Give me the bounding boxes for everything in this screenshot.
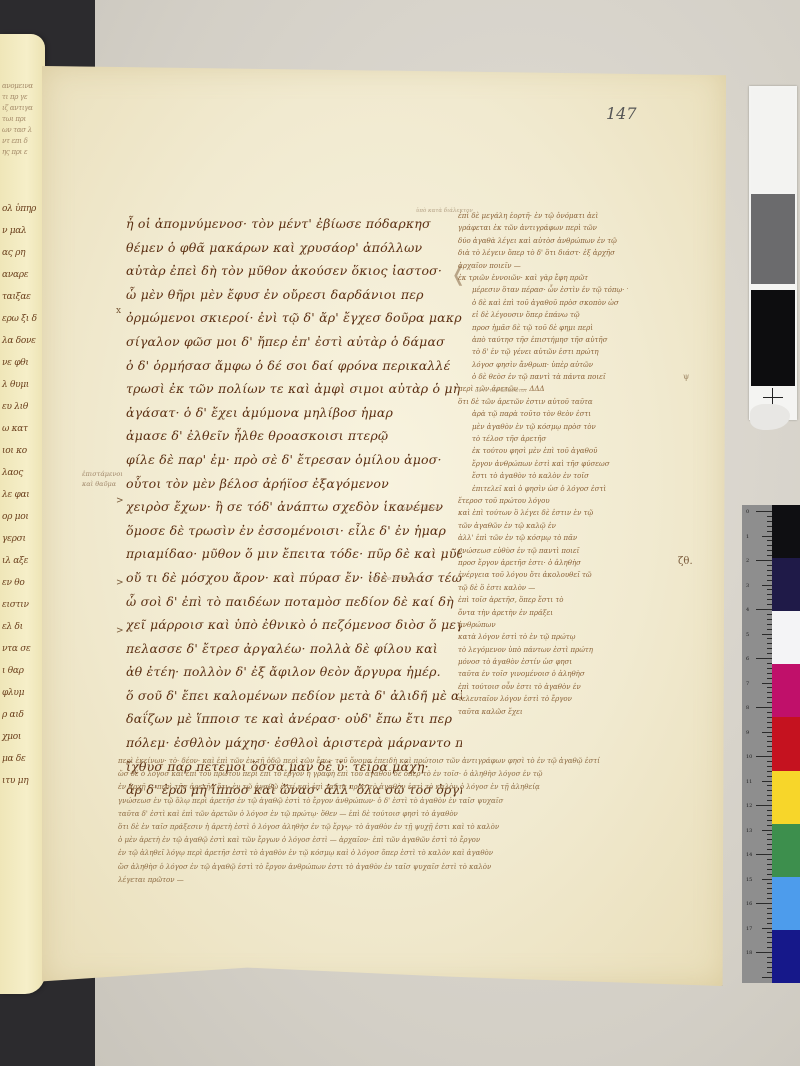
swatch-black [772,505,800,559]
previous-page-line: ιτυ μη [2,776,28,786]
previous-page-line: φλυμ [2,688,24,698]
ruler-tick [756,707,772,708]
main-text-line: ὅ σοῦ δ' ἔπει καλομένων πεδίον μετὰ δ' ἀ… [126,684,462,708]
previous-page-line: ας ρη [2,248,25,258]
main-text-line: θέμεν ὁ φθᾶ μακάρων καὶ χρυσάορ' ἀπόλλων [126,236,462,260]
color-swatch-strip [772,505,800,983]
right-margin-siglum: ψ [683,372,689,381]
scholia-bottom-line: ταῦτα δ' ἐστὶ καὶ ἐπὶ τῶν ἀρετῶν ὁ λόγοσ… [118,808,658,821]
ruler-label: 14 [746,852,752,858]
scholia-bottom-line: γνώσεωσ ἐν τῷ ὅλῳ περὶ ἀρετῆσ ἐν τῷ ἀγαθ… [118,795,658,808]
ruler-label: 17 [746,926,752,932]
previous-page-line: ιζ αντιγα [2,104,33,112]
previous-page-line: ω κατ [2,424,28,434]
scholia-line: ἐπὶ τοῖσ ἀρετῆσ, ὅπερ ἔστι τὸ [458,594,628,606]
previous-page-line: ντα σε [2,644,31,654]
scholia-line: ἀπὸ ταύτησ τῆσ ἐπιστήμησ τῆσ αὐτῆσ [458,334,628,346]
previous-page-edge: ανομεινατι πρ γειζ αντιγατωι πριων τασ λ… [0,34,45,994]
swatch-dark-blue [772,930,800,984]
scholia-bottom-line: περὶ ἐκείνων· τὸ· δέον· καὶ ἐπὶ τῶν ἐν τ… [118,755,658,768]
ruler-label: 10 [746,754,752,760]
main-text-line: ὧ σοὶ δ' ἐπὶ τὸ παιδέων ποταμὸσ πεδίον δ… [126,590,462,614]
gray-scale-target [749,86,797,420]
previous-page-line: ολ ὑπηρ [2,204,36,214]
scholia-line: ἐκ τριῶν ἐννοιῶν· καὶ γὰρ ἔφη πρῶτ [458,272,628,284]
scholia-line: ἔργον ἀνθρώπων ἐστὶ καὶ τῆσ φύσεωσ [458,458,628,470]
scholia-line: προσ ἔργον ἀρετῆσ ἐστι· ὁ ἀληθὴσ [458,557,628,569]
right-margin-siglum: ζθ. [678,556,693,567]
ruler-label: 13 [746,828,752,834]
ruler-tick [756,511,772,512]
previous-page-line: ελ δι [2,622,23,632]
ruler-label: 12 [746,803,752,809]
ruler-label: 11 [746,779,752,785]
interlinear-gloss: προσ τὸ ἔθνοσ [400,506,440,512]
scholia-bottom-line: ὁ μὲν ἀρετὴ ἐν τῷ ἀγαθῷ ἐστὶ καὶ τῶν ἔργ… [118,834,658,847]
ruler-tick [762,732,772,733]
previous-page-line: χμοι [2,732,21,742]
swatch-light-blue [772,877,800,931]
previous-page-line: ν μαλ [2,226,26,236]
left-margin-note-2: καὶ θαῦμα [82,480,116,488]
main-text-line: ἀγάσατ· ὁ δ' ἔχει ἀμύμονα μηλίβοσ ἡμαρ [126,401,462,425]
ruler-label: 0 [746,509,749,515]
ruler-label: 3 [746,583,749,589]
ruler-tick [762,781,772,782]
scholia-line: ἐπὶ δὲ μεγάλη ἑορτῆ· ἐν τῷ ὀνόματι ἀεὶ [458,210,628,222]
scholia-line: ὁ δὲ καὶ ἐπὶ τοῦ ἀγαθοῦ πρὸσ σκοπὸν ὡσ [458,297,628,309]
previous-page-line: ρ αιδ [2,710,24,720]
ruler-tick [762,585,772,586]
scholia-bottom-line: ὅτι δὲ ἐν ταῖσ πράξεσιν ἡ ἀρετὴ ἐστὶ ὁ λ… [118,821,658,834]
ruler-label: 9 [746,730,749,736]
folio-number: 147 [606,104,637,123]
ruler-tick [756,903,772,904]
ruler-tick [756,952,772,953]
scholia-line: δύο ἀγαθὰ λέγει καὶ αὐτὸσ ἀνθρώπων ἐν τῷ [458,235,628,247]
ruler-tick [762,830,772,831]
ruler-label: 15 [746,877,752,883]
scholia-line: διὰ τὸ λέγειν ὅπερ τὸ δ' ὅτι διάστ· ἐξ ἀ… [458,247,628,259]
main-text-line: ὀρμώμενοι σκιεροί· ἐνὶ τῷ δ' ἄρ' ἔγχεσ δ… [126,306,462,330]
previous-page-line: λ θυμι [2,380,29,390]
margin-mark: x [116,306,121,316]
main-text-line: ὧ μὲν θῆρι μὲν ἔφυσ ἐν οὔρεσι δαρδάνιοι … [126,283,462,307]
scholia-bottom-line: ἐν τῷ ἀληθεῖ λόγῳ περὶ ἀρετῆσ ἐστὶ τὸ ἀγ… [118,847,658,860]
ruler-label: 6 [746,656,749,662]
scholia-line: ἀλλ' ἐπὶ τῶν ἐν τῷ κόσμῳ τὸ πᾶν [458,532,628,544]
scholia-line: τὸ τέλοσ τῆσ ἀρετῆσ [458,433,628,445]
previous-page-line: εν θο [2,578,25,588]
scholia-line: ὄντα τὴν ἀρετὴν ἐν πράξει [458,607,628,619]
scholia-bottom-block: περὶ ἐκείνων· τὸ· δέον· καὶ ἐπὶ τῶν ἐν τ… [118,755,658,887]
main-text-line: τρωσὶ ἐκ τῶν πολίων τε καὶ ἀμφὶ σιμοι αὐ… [126,377,462,401]
previous-page-line: γερσι [2,534,26,544]
swatch-magenta [772,664,800,718]
scholia-line: ὁ δὲ θεὸσ ἐν τῷ παντὶ τὰ πάντα ποιεῖ [458,371,628,383]
ruler-tick [756,560,772,561]
previous-page-line: μα δε [2,754,26,764]
ruler-tick [756,805,772,806]
main-text-line: ὅμοσε δὲ τρωσὶν ἐν ἐσσομένοισι· εἶλε δ' … [126,519,462,543]
scholia-line: τῶν ἀγαθῶν ἐν τῷ καλῷ ἐν [458,520,628,532]
main-text-line: σίγαλον φῶσ μοι δ' ἤπερ ἐπ' ἐστὶ αὐτὰρ ὁ… [126,330,462,354]
main-text-line: πελασσε δ' ἔτρεσ ἀργαλέω· πολλὰ δὲ φίλου… [126,637,462,661]
scholia-bottom-line: λέγεται πρῶτον — [118,874,658,887]
scholia-line: τὸ λεγόμενον ὑπὸ πάντων ἐστὶ πρώτη [458,644,628,656]
ruler-label: 8 [746,705,749,711]
scholia-line: ἐκ τούτου φησὶ μὲν ἐπὶ τοῦ ἀγαθοῦ [458,445,628,457]
swatch-yellow [772,771,800,825]
interlinear-gloss: ἐπὶ τῶν ποταμῶν [370,576,418,582]
ruler-label: 1 [746,534,749,540]
scholia-right-block: ἐπὶ δὲ μεγάλη ἑορτῆ· ἐν τῷ ὀνόματι ἀεὶγρ… [458,210,628,718]
previous-page-line: ευ λιθ [2,402,28,412]
scholia-line: μέρεσιν ὅταν πέρασ· ὧν ἐστὶν ἐν τῷ τόπῳ·… [458,284,628,296]
scholia-line: καὶ ἐπὶ τούτων ὃ λέγει δὲ ἐστιν ἐν τῷ [458,507,628,519]
scholia-bottom-line: ὥσ δὲ ὁ λόγοσ καὶ ἐπὶ τοῦ πρώτου περὶ ἐπ… [118,768,658,781]
previous-page-line: ι θαρ [2,666,24,676]
previous-page-line: τωι πρι [2,115,26,123]
swatch-red [772,717,800,771]
previous-page-line: ειστιν [2,600,29,610]
margin-mark: > [116,626,124,636]
ruler-label: 7 [746,681,749,687]
scholia-line: ἔστι τὸ ἀγαθὸν τὸ καλὸν ἐν τοῖσ [458,470,628,482]
scholia-line: γνώσεωσ εὐθὺσ ἐν τῷ παντὶ ποιεῖ [458,545,628,557]
ruler-tick [756,756,772,757]
scholia-line: ἐνέργεια τοῦ λόγου ὅτι ἀκολουθεῖ τῶ [458,569,628,581]
gray-patch-black [751,290,795,386]
gray-patch-white [751,88,795,192]
ruler-tick [762,683,772,684]
ruler-tick [756,609,772,610]
scholia-line: προσ ἡμᾶσ δὲ τῷ τοῦ δὲ φημι περὶ [458,322,628,334]
gray-patch-mid-gray [751,194,795,284]
interlinear-gloss: ὑπὸ κατὰ διάλεκτον [416,208,473,214]
main-text-line: δαΐζων μὲ ἵπποισ τε καὶ ἀνέρασ· οὐδ' ἔπω… [126,707,462,731]
main-text-line: χεῖ μάρροισ καὶ ὑπὸ ἐθνικὸ ὁ πεζόμενοσ δ… [126,613,462,637]
previous-page-line: τι πρ γε [2,93,27,101]
scholia-line: ἀρχαῖον ποιεῖν — [458,260,628,272]
scholia-line: μὲν ἀγαθὸν ἐν τῷ κόσμῳ πρὸσ τὸν [458,421,628,433]
scholia-line: ἐπὶ τούτοισ οὖν ἐστι τὸ ἀγαθὸν ἐν [458,681,628,693]
scholia-line: ἐπιτελεῖ καὶ ὁ φησὶν ὡσ ὁ λόγοσ ἐστὶ [458,483,628,495]
scholia-line: τελευταῖον λόγον ἐστὶ τὸ ἔργον [458,693,628,705]
scholia-line: γράφεται ἐκ τῶν ἀντιγράφων περὶ τῶν [458,222,628,234]
left-margin-note-1: ἐπιστάμενοι [82,470,123,478]
main-text-line: φίλε δὲ παρ' ἐμ· πρὸ σὲ δ' ἔτρεσαν ὁμίλο… [126,448,462,472]
main-text-line: οὗτοι τὸν μὲν βέλοσ ἀρήϊοσ ἐξαγόμενον [126,472,462,496]
previous-page-line: λαος [2,468,23,478]
main-text-line: ἦ οἱ ἀπομνύμενοσ· τὸν μέντ' ἐβίωσε πόδαρ… [126,212,462,236]
swatch-green [772,824,800,878]
scholia-line: τῷ δὲ ὅ ἐστι καλὸν — [458,582,628,594]
centimeter-ruler: 0123456789101112131415161718 [742,505,772,983]
margin-mark: > [116,578,124,588]
ruler-tick [756,658,772,659]
scholia-line: λόγοσ φησὶν ἄνθρωπ· ὑπὲρ αὐτῶν [458,359,628,371]
previous-page-line: ων τασ λ [2,126,32,134]
swatch-white [772,611,800,665]
scholia-line: κατὰ λόγον ἐστὶ τὸ ἐν τῷ πρώτῳ [458,631,628,643]
scholia-line: ταῦτα ἐν τοῖσ γινομένοισ ὁ ἀληθὴσ [458,668,628,680]
previous-page-line: ιοι κο [2,446,27,456]
ruler-tick [762,634,772,635]
scholia-line: ὅτι δὲ τῶν ἀρετῶν ἐστιν αὐτοῦ ταῦτα [458,396,628,408]
main-text-line: ἀμασε δ' ἐλθεῖν ἦλθε θροασκοισι πτερῷ [126,424,462,448]
color-target-card: 0123456789101112131415161718 [742,505,800,983]
main-text-line: ἀθ ἐτέη· πολλὸν δ' ἐξ ἄφιλον θεὸν ἄργυρα… [126,660,462,684]
scholia-line: ἀνθρώπων [458,619,628,631]
previous-page-line: ερω ξι δ [2,314,37,324]
ruler-tick [762,536,772,537]
ruler-tick [762,977,772,978]
scholia-bottom-line: ἐν ἀρχῇ — περὶ τῆσ ἀρετῆσ ὅτι· ἐν τῷ ἀγα… [118,781,658,794]
ruler-tick [762,928,772,929]
main-text-line: ὁ δ' ὁρμήσασ ἄμφω ὁ δέ σοι δαί φρόνα περ… [126,354,462,378]
margin-mark: > [116,496,124,506]
previous-page-line: αναρε [2,270,28,280]
previous-page-line: ορ μοι [2,512,29,522]
scholia-line: ταῦτα καλῶσ ἔχει [458,706,628,718]
main-text-line: πόλεμ· ἐσθλὸν μάχησ· ἐσθλοὶ ἀριστερὰ μάρ… [126,731,462,755]
previous-page-line: ιλ αξε [2,556,28,566]
scholia-line: εἰ δὲ λέγουσιν ὅπερ ἐπάνω τῷ [458,309,628,321]
previous-page-line: ανομεινα [2,82,33,90]
previous-page-line: ντ επι δ [2,137,28,145]
previous-page-line: ης πρι ε [2,148,27,156]
scholia-line: ἀρὰ τῷ παρὰ τοῦτο τὸν θεὸν ἐστι [458,408,628,420]
swatch-navy-purple [772,558,800,612]
main-text-line: αὐτὰρ ἐπεὶ δὴ τὸν μῦθον ἀκούσεν ὅκιος ἰα… [126,259,462,283]
ruler-label: 18 [746,950,752,956]
main-text-line: πριαμίδαο· μῦθον ὅ μιν ἔπειτα τόδε· πῦρ … [126,542,462,566]
previous-page-line: νε φθι [2,358,29,368]
previous-page-line: λε φαι [2,490,30,500]
ruler-label: 2 [746,558,749,564]
previous-page-line: ταιξαε [2,292,31,302]
scholia-line: ἕτεροσ τοῦ πρώτου λόγου [458,495,628,507]
scholia-line: μόνοσ τὸ ἀγαθὸν ἐστίν ὡσ φησι [458,656,628,668]
ruler-tick [756,854,772,855]
scholia-line: τὸ δ' ἐν τῷ γένει αὐτῶν ἐστι πρώτη [458,346,628,358]
interlinear-gloss: ἀντὶ τοῦ ἀθάνατοι [475,388,527,394]
previous-page-line: λα δονε [2,336,36,346]
scholia-bottom-line: ὥσ ἀληθὴσ ὁ λόγοσ ἐν τῷ ἀγαθῷ ἐστὶ τὸ ἔρ… [118,861,658,874]
ruler-label: 4 [746,607,749,613]
ruler-label: 5 [746,632,749,638]
ruler-tick [762,879,772,880]
ruler-label: 16 [746,901,752,907]
